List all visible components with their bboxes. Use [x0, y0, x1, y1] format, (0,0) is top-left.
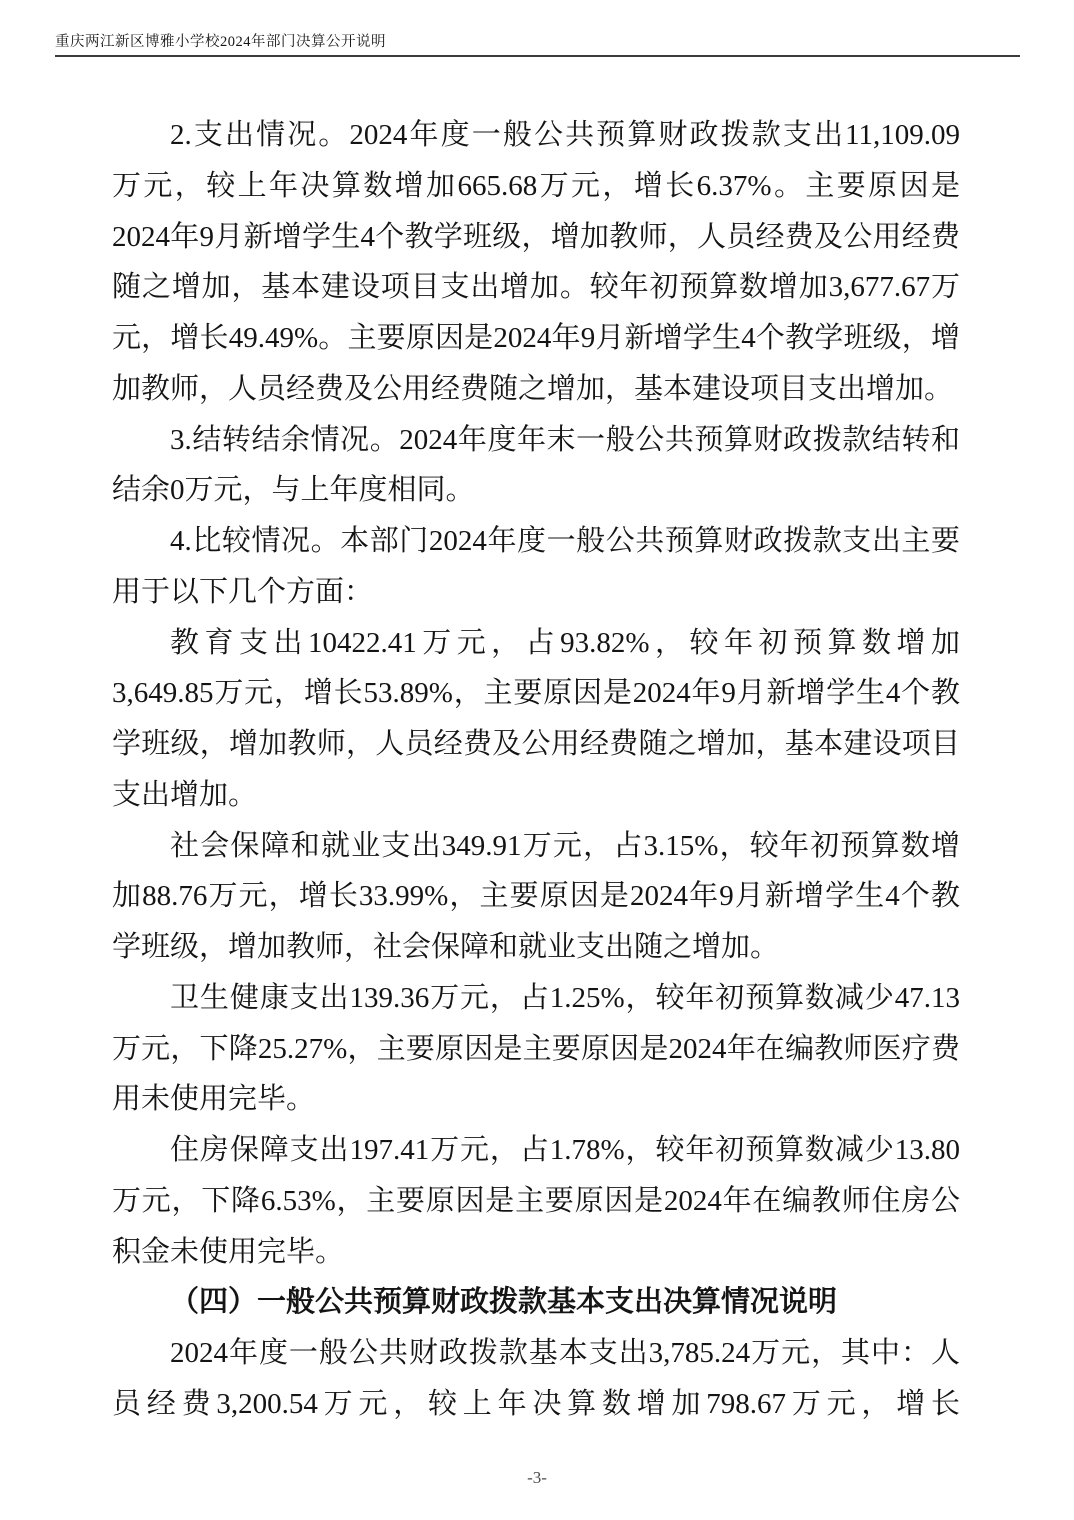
- body-line: 学班级，增加教师，社会保障和就业支出随之增加。: [112, 922, 960, 973]
- body-line: 4.比较情况。本部门2024年度一般公共预算财政拨款支出主要: [112, 516, 960, 567]
- paragraph-carryover: 3.结转结余情况。2024年度年末一般公共预算财政拨款结转和 结余0万元，与上年…: [112, 415, 960, 517]
- body-line: 3,649.85万元，增长53.89%，主要原因是2024年9月新增学生4个教: [112, 668, 960, 719]
- body-line: 用未使用完毕。: [112, 1074, 960, 1125]
- body-line: 积金未使用完毕。: [112, 1227, 960, 1278]
- body-line: 3.结转结余情况。2024年度年末一般公共预算财政拨款结转和: [112, 415, 960, 466]
- body-line: 2024年9月新增学生4个教学班级，增加教师，人员经费及公用经费: [112, 212, 960, 263]
- paragraph-social-security: 社会保障和就业支出349.91万元，占3.15%，较年初预算数增 加88.76万…: [112, 821, 960, 973]
- body-line: 万元，较上年决算数增加665.68万元，增长6.37%。主要原因是: [112, 161, 960, 212]
- page-number: -3-: [0, 1468, 1074, 1488]
- body-line: 学班级，增加教师，人员经费及公用经费随之增加，基本建设项目: [112, 719, 960, 770]
- body-line: 2024年度一般公共财政拨款基本支出3,785.24万元，其中：人: [112, 1328, 960, 1379]
- body-line: 万元，下降6.53%，主要原因是主要原因是2024年在编教师住房公: [112, 1176, 960, 1227]
- body-line: 社会保障和就业支出349.91万元，占3.15%，较年初预算数增: [112, 821, 960, 872]
- body-line: 加教师，人员经费及公用经费随之增加，基本建设项目支出增加。: [112, 364, 960, 415]
- body-line: 结余0万元，与上年度相同。: [112, 465, 960, 516]
- section-heading-basic-expenditure: （四）一般公共预算财政拨款基本支出决算情况说明: [112, 1277, 960, 1328]
- page-header: 重庆两江新区博雅小学校2024年部门决算公开说明: [55, 30, 1020, 57]
- body-line: 2.支出情况。2024年度一般公共预算财政拨款支出11,109.09: [112, 110, 960, 161]
- paragraph-basic-expenditure: 2024年度一般公共财政拨款基本支出3,785.24万元，其中：人 员经费3,2…: [112, 1328, 960, 1430]
- paragraph-comparison: 4.比较情况。本部门2024年度一般公共预算财政拨款支出主要 用于以下几个方面：: [112, 516, 960, 618]
- paragraph-education: 教育支出10422.41万元，占93.82%，较年初预算数增加 3,649.85…: [112, 618, 960, 821]
- section-heading: （四）一般公共预算财政拨款基本支出决算情况说明: [112, 1277, 960, 1328]
- body-line: 支出增加。: [112, 770, 960, 821]
- header-rule: [55, 55, 1020, 57]
- body-line: 教育支出10422.41万元，占93.82%，较年初预算数增加: [112, 618, 960, 669]
- paragraph-expenditure: 2.支出情况。2024年度一般公共预算财政拨款支出11,109.09 万元，较上…: [112, 110, 960, 415]
- body-line: 员经费3,200.54万元，较上年决算数增加798.67万元，增长: [112, 1379, 960, 1430]
- document-body: 2.支出情况。2024年度一般公共预算财政拨款支出11,109.09 万元，较上…: [112, 110, 960, 1430]
- body-line: 用于以下几个方面：: [112, 567, 960, 618]
- body-line: 元，增长49.49%。主要原因是2024年9月新增学生4个教学班级，增: [112, 313, 960, 364]
- body-line: 随之增加，基本建设项目支出增加。较年初预算数增加3,677.67万: [112, 262, 960, 313]
- body-line: 住房保障支出197.41万元，占1.78%，较年初预算数减少13.80: [112, 1125, 960, 1176]
- body-line: 卫生健康支出139.36万元，占1.25%，较年初预算数减少47.13: [112, 973, 960, 1024]
- body-line: 加88.76万元，增长33.99%，主要原因是2024年9月新增学生4个教: [112, 871, 960, 922]
- header-title: 重庆两江新区博雅小学校2024年部门决算公开说明: [55, 30, 1020, 51]
- paragraph-housing: 住房保障支出197.41万元，占1.78%，较年初预算数减少13.80 万元，下…: [112, 1125, 960, 1277]
- document-page: 重庆两江新区博雅小学校2024年部门决算公开说明 2.支出情况。2024年度一般…: [0, 0, 1074, 1520]
- paragraph-health: 卫生健康支出139.36万元，占1.25%，较年初预算数减少47.13 万元，下…: [112, 973, 960, 1125]
- body-line: 万元，下降25.27%，主要原因是主要原因是2024年在编教师医疗费: [112, 1024, 960, 1075]
